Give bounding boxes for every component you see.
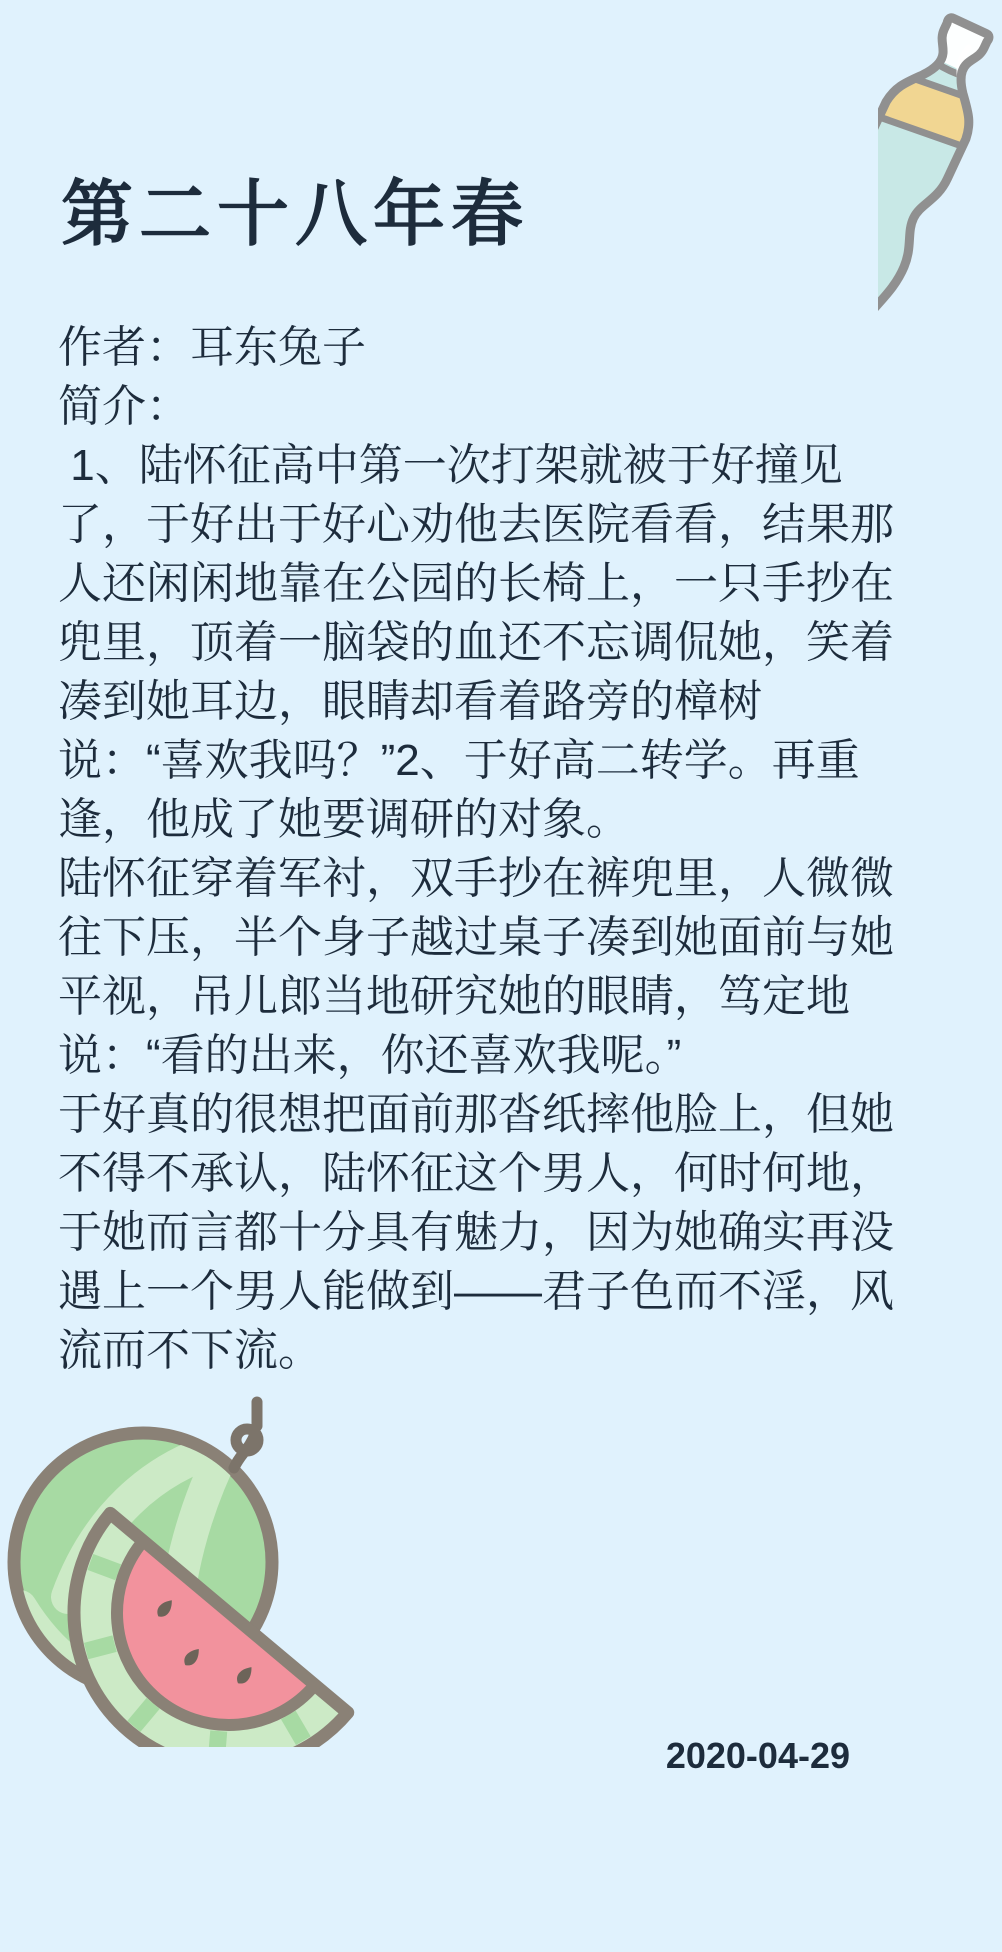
article-body: 作者：耳东兔子 简介： 1、陆怀征高中第一次打架就被于好撞见 了，于好出于好心劝…: [58, 318, 953, 1380]
watermelon-icon: [0, 1392, 400, 1747]
intro-label: 简介：: [58, 377, 953, 436]
author-line: 作者：耳东兔子: [58, 318, 953, 377]
publish-date: 2020-04-29: [560, 1735, 850, 1777]
page-title: 第二十八年春: [61, 172, 529, 258]
page: 第二十八年春 作者：耳东兔子 简介： 1、陆怀征高中第一次打架就被于好撞见 了，…: [0, 0, 1002, 1952]
intro-text: 1、陆怀征高中第一次打架就被于好撞见 了，于好出于好心劝他去医院看看，结果那 人…: [58, 436, 953, 1380]
